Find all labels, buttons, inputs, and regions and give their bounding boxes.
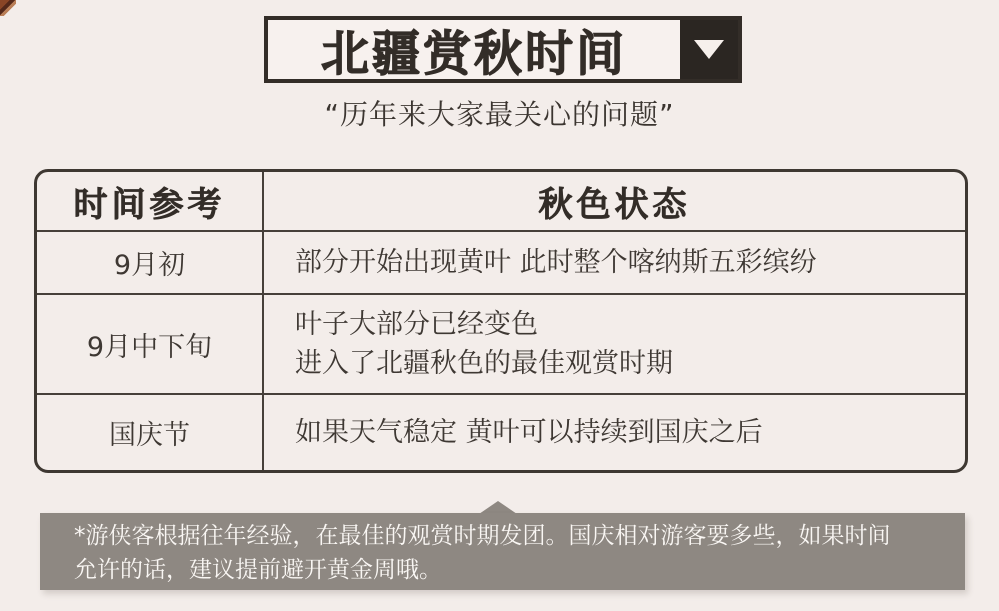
title-banner: 北疆赏秋时间 (264, 16, 742, 83)
status-line: 叶子大部分已经变色 (295, 305, 538, 344)
column-header-status: 秋色状态 (264, 172, 965, 232)
footnote-line: 允许的话，建议提前避开黄金周哦。 (74, 553, 945, 587)
status-line: 进入了北疆秋色的最佳观赏时期 (295, 344, 673, 383)
footnote-line: *游侠客根据往年经验，在最佳的观赏时期发团。国庆相对游客要多些，如果时间 (74, 519, 945, 553)
table-row-time: 国庆节 (37, 395, 264, 470)
frame-corner-decoration (0, 0, 16, 16)
page-subtitle: “历年来大家最关心的问题” (0, 93, 999, 133)
table-row-status: 叶子大部分已经变色 进入了北疆秋色的最佳观赏时期 (264, 295, 965, 395)
page-title: 北疆赏秋时间 (268, 20, 680, 79)
table-row-status: 如果天气稳定 黄叶可以持续到国庆之后 (264, 395, 965, 470)
table-row-time: 9月中下旬 (37, 295, 264, 395)
dropdown-button[interactable] (680, 20, 738, 79)
footnote-box: *游侠客根据往年经验，在最佳的观赏时期发团。国庆相对游客要多些，如果时间 允许的… (40, 513, 965, 590)
status-line: 如果天气稳定 黄叶可以持续到国庆之后 (295, 413, 763, 452)
table-row-time: 9月初 (37, 232, 264, 295)
autumn-schedule-table: 时间参考 秋色状态 9月初 部分开始出现黄叶 此时整个喀纳斯五彩缤纷 9月中下旬… (34, 169, 968, 473)
table-row-status: 部分开始出现黄叶 此时整个喀纳斯五彩缤纷 (264, 232, 965, 295)
status-line: 部分开始出现黄叶 此时整个喀纳斯五彩缤纷 (295, 243, 817, 282)
triangle-down-icon (694, 40, 724, 59)
column-header-time: 时间参考 (37, 172, 264, 232)
